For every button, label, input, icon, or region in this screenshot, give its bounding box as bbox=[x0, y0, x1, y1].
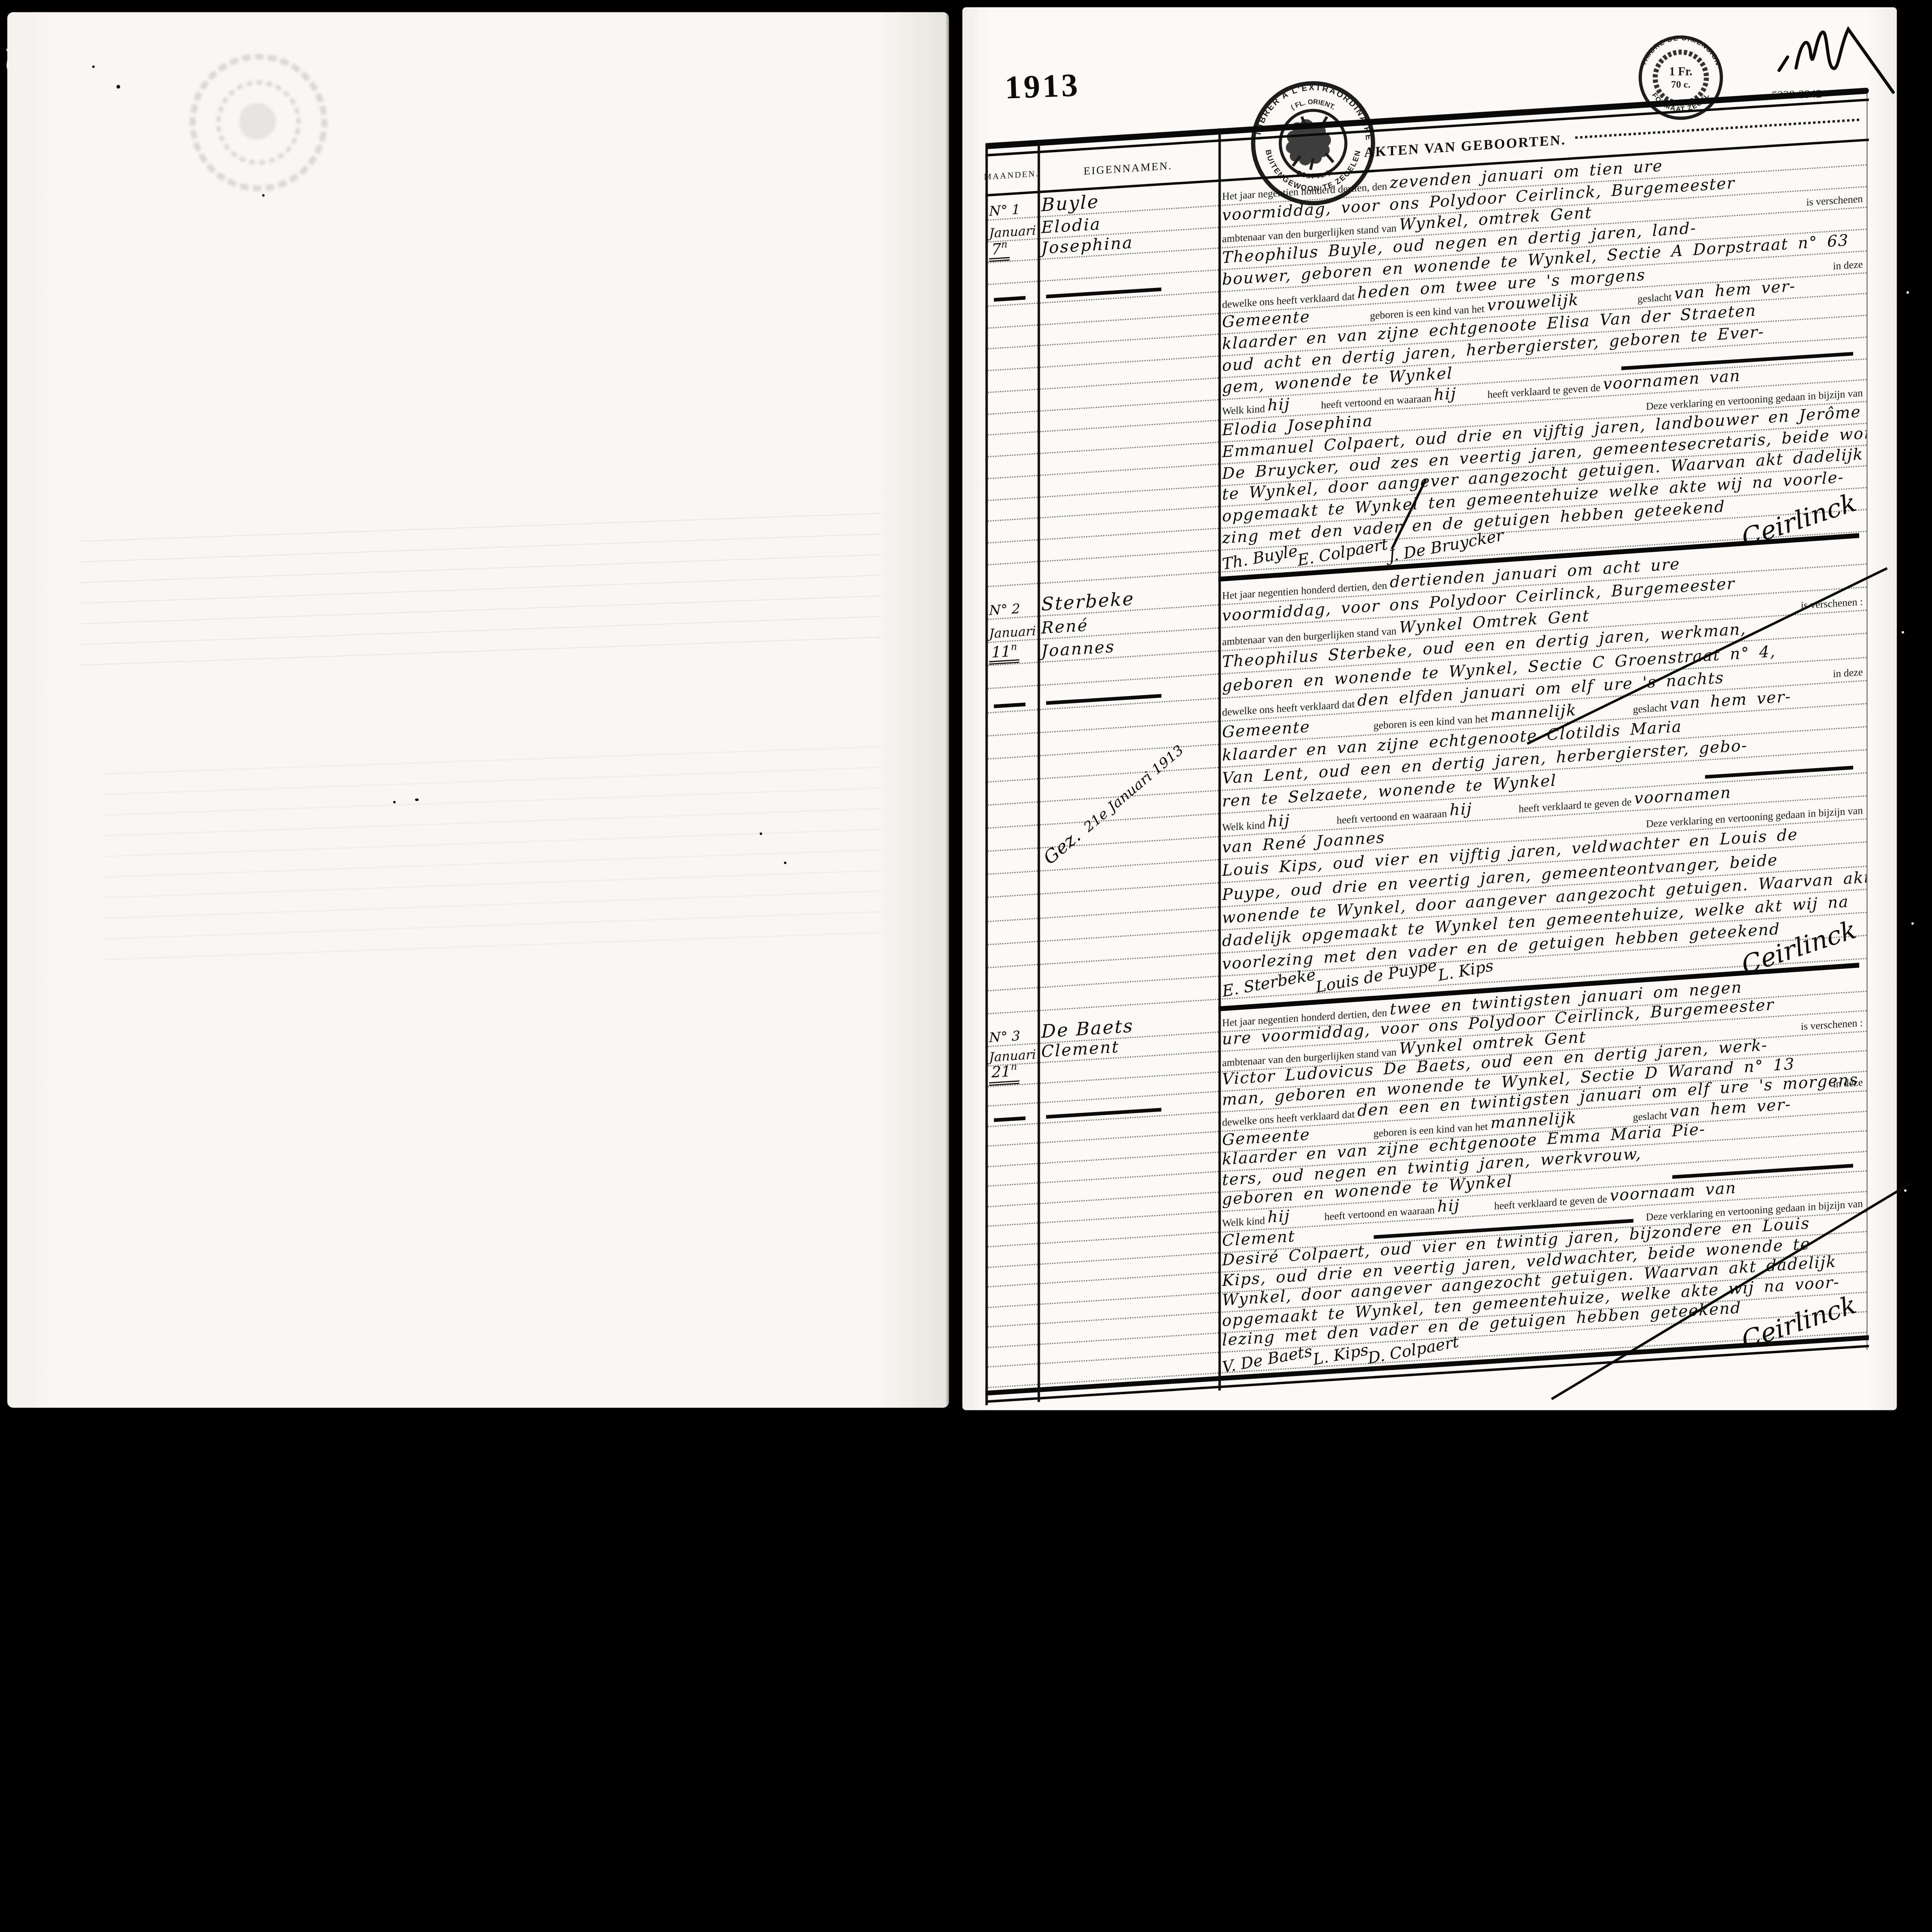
ruled-line bbox=[985, 1284, 1037, 1308]
surname: De Baets bbox=[1041, 1014, 1134, 1042]
table-right-rule bbox=[1866, 88, 1867, 1350]
names-cell: BuyleElodiaJosephina bbox=[1037, 184, 1218, 584]
page-gutter-shadow bbox=[946, 0, 965, 1439]
ink-dash bbox=[994, 1116, 1026, 1122]
witness-signature: L. Kips bbox=[1437, 958, 1494, 986]
ruled-line bbox=[985, 710, 1037, 736]
ruled-line: N° 3 bbox=[985, 1024, 1037, 1047]
given-name: Elodia bbox=[1041, 214, 1101, 237]
month-cell: N° 1Januari7n bbox=[985, 196, 1037, 588]
column-header-maanden: MAANDEN. bbox=[985, 158, 1037, 193]
act-body: Het jaar negentien honderd dertien, den … bbox=[1218, 542, 1866, 1000]
ruled-line bbox=[985, 756, 1037, 783]
ruled-line bbox=[985, 347, 1037, 371]
ruled-line: 7n bbox=[985, 239, 1037, 264]
ruled-line: Januari bbox=[985, 217, 1037, 242]
ruled-line bbox=[985, 1264, 1037, 1287]
ruled-line: N° 2 bbox=[985, 594, 1037, 621]
handwritten-text: hij bbox=[1267, 395, 1318, 417]
stamp-value-fr: 1 Fr. bbox=[1669, 65, 1692, 78]
scan-border-right bbox=[1895, 0, 1932, 1439]
act-day: 21n bbox=[989, 1063, 1020, 1085]
act-body: Het jaar negentien honderd dertien, den … bbox=[1218, 144, 1866, 573]
ruled-line bbox=[985, 1083, 1037, 1107]
act-number: N° 2 bbox=[989, 601, 1020, 619]
dotted-leader bbox=[1576, 119, 1859, 139]
ruled-line bbox=[985, 562, 1037, 587]
printed-text: Welk kind bbox=[1222, 1214, 1268, 1231]
ruled-line bbox=[985, 368, 1037, 393]
ruled-line bbox=[985, 826, 1037, 852]
corner-paraph-icon bbox=[1769, 15, 1910, 102]
ruled-line bbox=[985, 1124, 1037, 1147]
ruled-line bbox=[985, 779, 1037, 806]
printed-text: geslacht bbox=[1630, 1109, 1670, 1126]
ruled-line bbox=[985, 282, 1037, 307]
stamp-value-c: 70 c. bbox=[1671, 79, 1690, 90]
act-number: N° 1 bbox=[989, 201, 1020, 219]
printed-text: in deze bbox=[1830, 665, 1863, 682]
act-entry: N° 2Januari11nSterbekeRenéJoannesGez.21e… bbox=[985, 542, 1866, 1015]
ruled-line bbox=[985, 988, 1037, 1015]
ruled-line: 11n bbox=[985, 640, 1037, 667]
ruled-line bbox=[985, 476, 1037, 501]
given-name: René bbox=[1041, 616, 1088, 639]
register-table: MAANDEN. EIGENNAMEN. AKTEN VAN GEBOORTEN… bbox=[985, 88, 1869, 1410]
bleedthrough-lines bbox=[80, 493, 881, 667]
ruled-line bbox=[985, 918, 1037, 945]
scan-border-bottom bbox=[0, 1409, 1932, 1439]
ruled-line bbox=[985, 304, 1037, 328]
ruled-line bbox=[985, 541, 1037, 565]
ruled-line bbox=[985, 663, 1037, 690]
ruled-line bbox=[985, 965, 1037, 992]
ruled-line bbox=[985, 1104, 1037, 1127]
names-cell: SterbekeRenéJoannesGez.21e Januari 1913 bbox=[1037, 582, 1218, 1011]
act-month: Januari bbox=[989, 624, 1036, 642]
ruled-line bbox=[985, 1184, 1037, 1207]
ruled-line bbox=[985, 1164, 1037, 1187]
ruled-line: Januari bbox=[985, 1044, 1037, 1067]
handwritten-text: hij bbox=[1437, 1195, 1492, 1218]
blank-left-page bbox=[7, 12, 949, 1408]
svg-text:OOST-VL. ): OOST-VL. ) bbox=[1295, 168, 1331, 180]
handwritten-text: hij bbox=[1267, 1206, 1321, 1229]
printed-text: in deze bbox=[1830, 257, 1863, 274]
year-heading: 1913 bbox=[1004, 67, 1081, 107]
ruled-line bbox=[985, 1325, 1037, 1348]
printed-text: in deze bbox=[1830, 1076, 1863, 1093]
ruled-line bbox=[985, 1204, 1037, 1227]
printed-text: Welk kind bbox=[1222, 403, 1268, 420]
ruled-line: N° 1 bbox=[985, 196, 1037, 221]
names-cell: De BaetsClement bbox=[1037, 1012, 1218, 1385]
printed-text: is verschenen bbox=[1804, 193, 1863, 211]
given-name: Joannes bbox=[1041, 638, 1115, 662]
act-number: N° 3 bbox=[989, 1027, 1020, 1045]
act-month: Januari bbox=[989, 1048, 1036, 1065]
printed-text: geslacht bbox=[1635, 291, 1674, 308]
extraordinary-revenue-stamp: TIMBRER A L'EXTRAORDINAIRE BUITENGEWOON … bbox=[1250, 80, 1376, 206]
ruled-line bbox=[985, 390, 1037, 415]
ruled-line bbox=[985, 1365, 1037, 1388]
ruled-line bbox=[985, 895, 1037, 922]
ink-dash bbox=[994, 702, 1026, 708]
ruled-line bbox=[985, 1224, 1037, 1247]
lion-rampant-icon bbox=[1286, 117, 1333, 170]
surname: Buyle bbox=[1041, 190, 1099, 216]
ruled-line bbox=[985, 687, 1037, 713]
ruled-line: Januari bbox=[985, 617, 1037, 644]
ruled-line bbox=[985, 733, 1037, 760]
register-scan: 1913 5238-2942 MAANDEN. EIGENNAMEN. AKTE… bbox=[0, 0, 1932, 1439]
act-month: Januari bbox=[989, 223, 1036, 241]
ruled-line: 21n bbox=[985, 1063, 1037, 1087]
act-entry: N° 3Januari21nDe BaetsClementHet jaar ne… bbox=[985, 971, 1866, 1388]
ruled-line bbox=[985, 412, 1037, 436]
act-entry: N° 1Januari7nBuyleElodiaJosephinaHet jaa… bbox=[985, 144, 1866, 587]
ruled-line bbox=[985, 1244, 1037, 1267]
ruled-line bbox=[985, 849, 1037, 876]
ruled-line bbox=[985, 803, 1037, 829]
printed-text: Welk kind bbox=[1222, 819, 1268, 836]
month-cell: N° 2Januari11n bbox=[985, 594, 1037, 1015]
act-day-suffix: n bbox=[1011, 641, 1017, 653]
handwritten-text: hij bbox=[1450, 798, 1516, 822]
printed-text: geslacht bbox=[1630, 701, 1670, 718]
ink-dash bbox=[994, 296, 1026, 302]
ruled-line bbox=[985, 1304, 1037, 1328]
act-body: Het jaar negentien honderd dertien, den … bbox=[1218, 971, 1866, 1374]
ruled-line bbox=[985, 1144, 1037, 1167]
ruled-line bbox=[985, 498, 1037, 522]
ruled-line bbox=[985, 260, 1037, 285]
bleedthrough-lines bbox=[104, 727, 881, 973]
act-day: 7n bbox=[989, 239, 1010, 262]
ruled-line bbox=[985, 942, 1037, 968]
ruled-line bbox=[985, 454, 1037, 479]
ghost-stamp-icon bbox=[177, 41, 340, 204]
ruled-line bbox=[985, 519, 1037, 544]
month-cell: N° 3Januari21n bbox=[985, 1024, 1037, 1388]
handwritten-text: hij bbox=[1267, 810, 1334, 833]
act-day: 11n bbox=[989, 641, 1020, 665]
handwritten-text: hij bbox=[1434, 384, 1485, 407]
ruled-line bbox=[985, 325, 1037, 350]
ruled-line bbox=[985, 872, 1037, 899]
act-day-suffix: n bbox=[1001, 239, 1007, 250]
ruled-line bbox=[985, 433, 1037, 457]
dimension-stamp: TIMBRE DE DIMENSION FORMAAT ZEGEL 1 Fr. … bbox=[1637, 34, 1725, 121]
printed-text: is verschenen : bbox=[1798, 1016, 1863, 1034]
act-day-suffix: n bbox=[1011, 1063, 1017, 1073]
ruled-line bbox=[985, 1345, 1037, 1368]
